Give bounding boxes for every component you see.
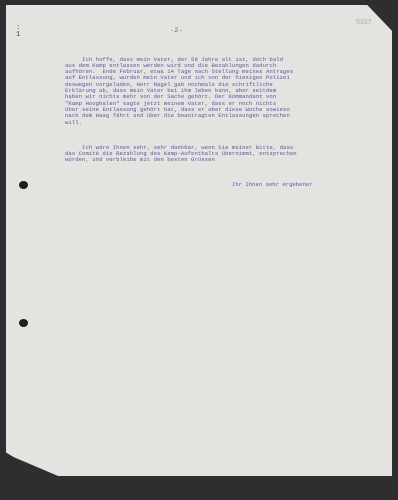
margin-marks: : 1 bbox=[16, 25, 20, 39]
paragraph-2: Ich wäre Ihnen sehr, sehr dankbar, wenn … bbox=[65, 145, 365, 164]
paragraph-1: Ich hoffe, dass mein Vater, der 68 Jahre… bbox=[65, 57, 365, 126]
punch-hole-top bbox=[19, 181, 28, 189]
page-number: -2- bbox=[170, 27, 183, 34]
letter-body: Ich hoffe, dass mein Vater, der 68 Jahre… bbox=[65, 44, 365, 183]
archive-number: 5337 bbox=[356, 19, 372, 26]
letter-page: : 1 -2- 5337 Ich hoffe, dass mein Vater,… bbox=[6, 5, 392, 476]
punch-hole-bottom bbox=[19, 319, 28, 327]
closing-line: Ihr Ihnen sehr ergebener bbox=[232, 181, 313, 188]
